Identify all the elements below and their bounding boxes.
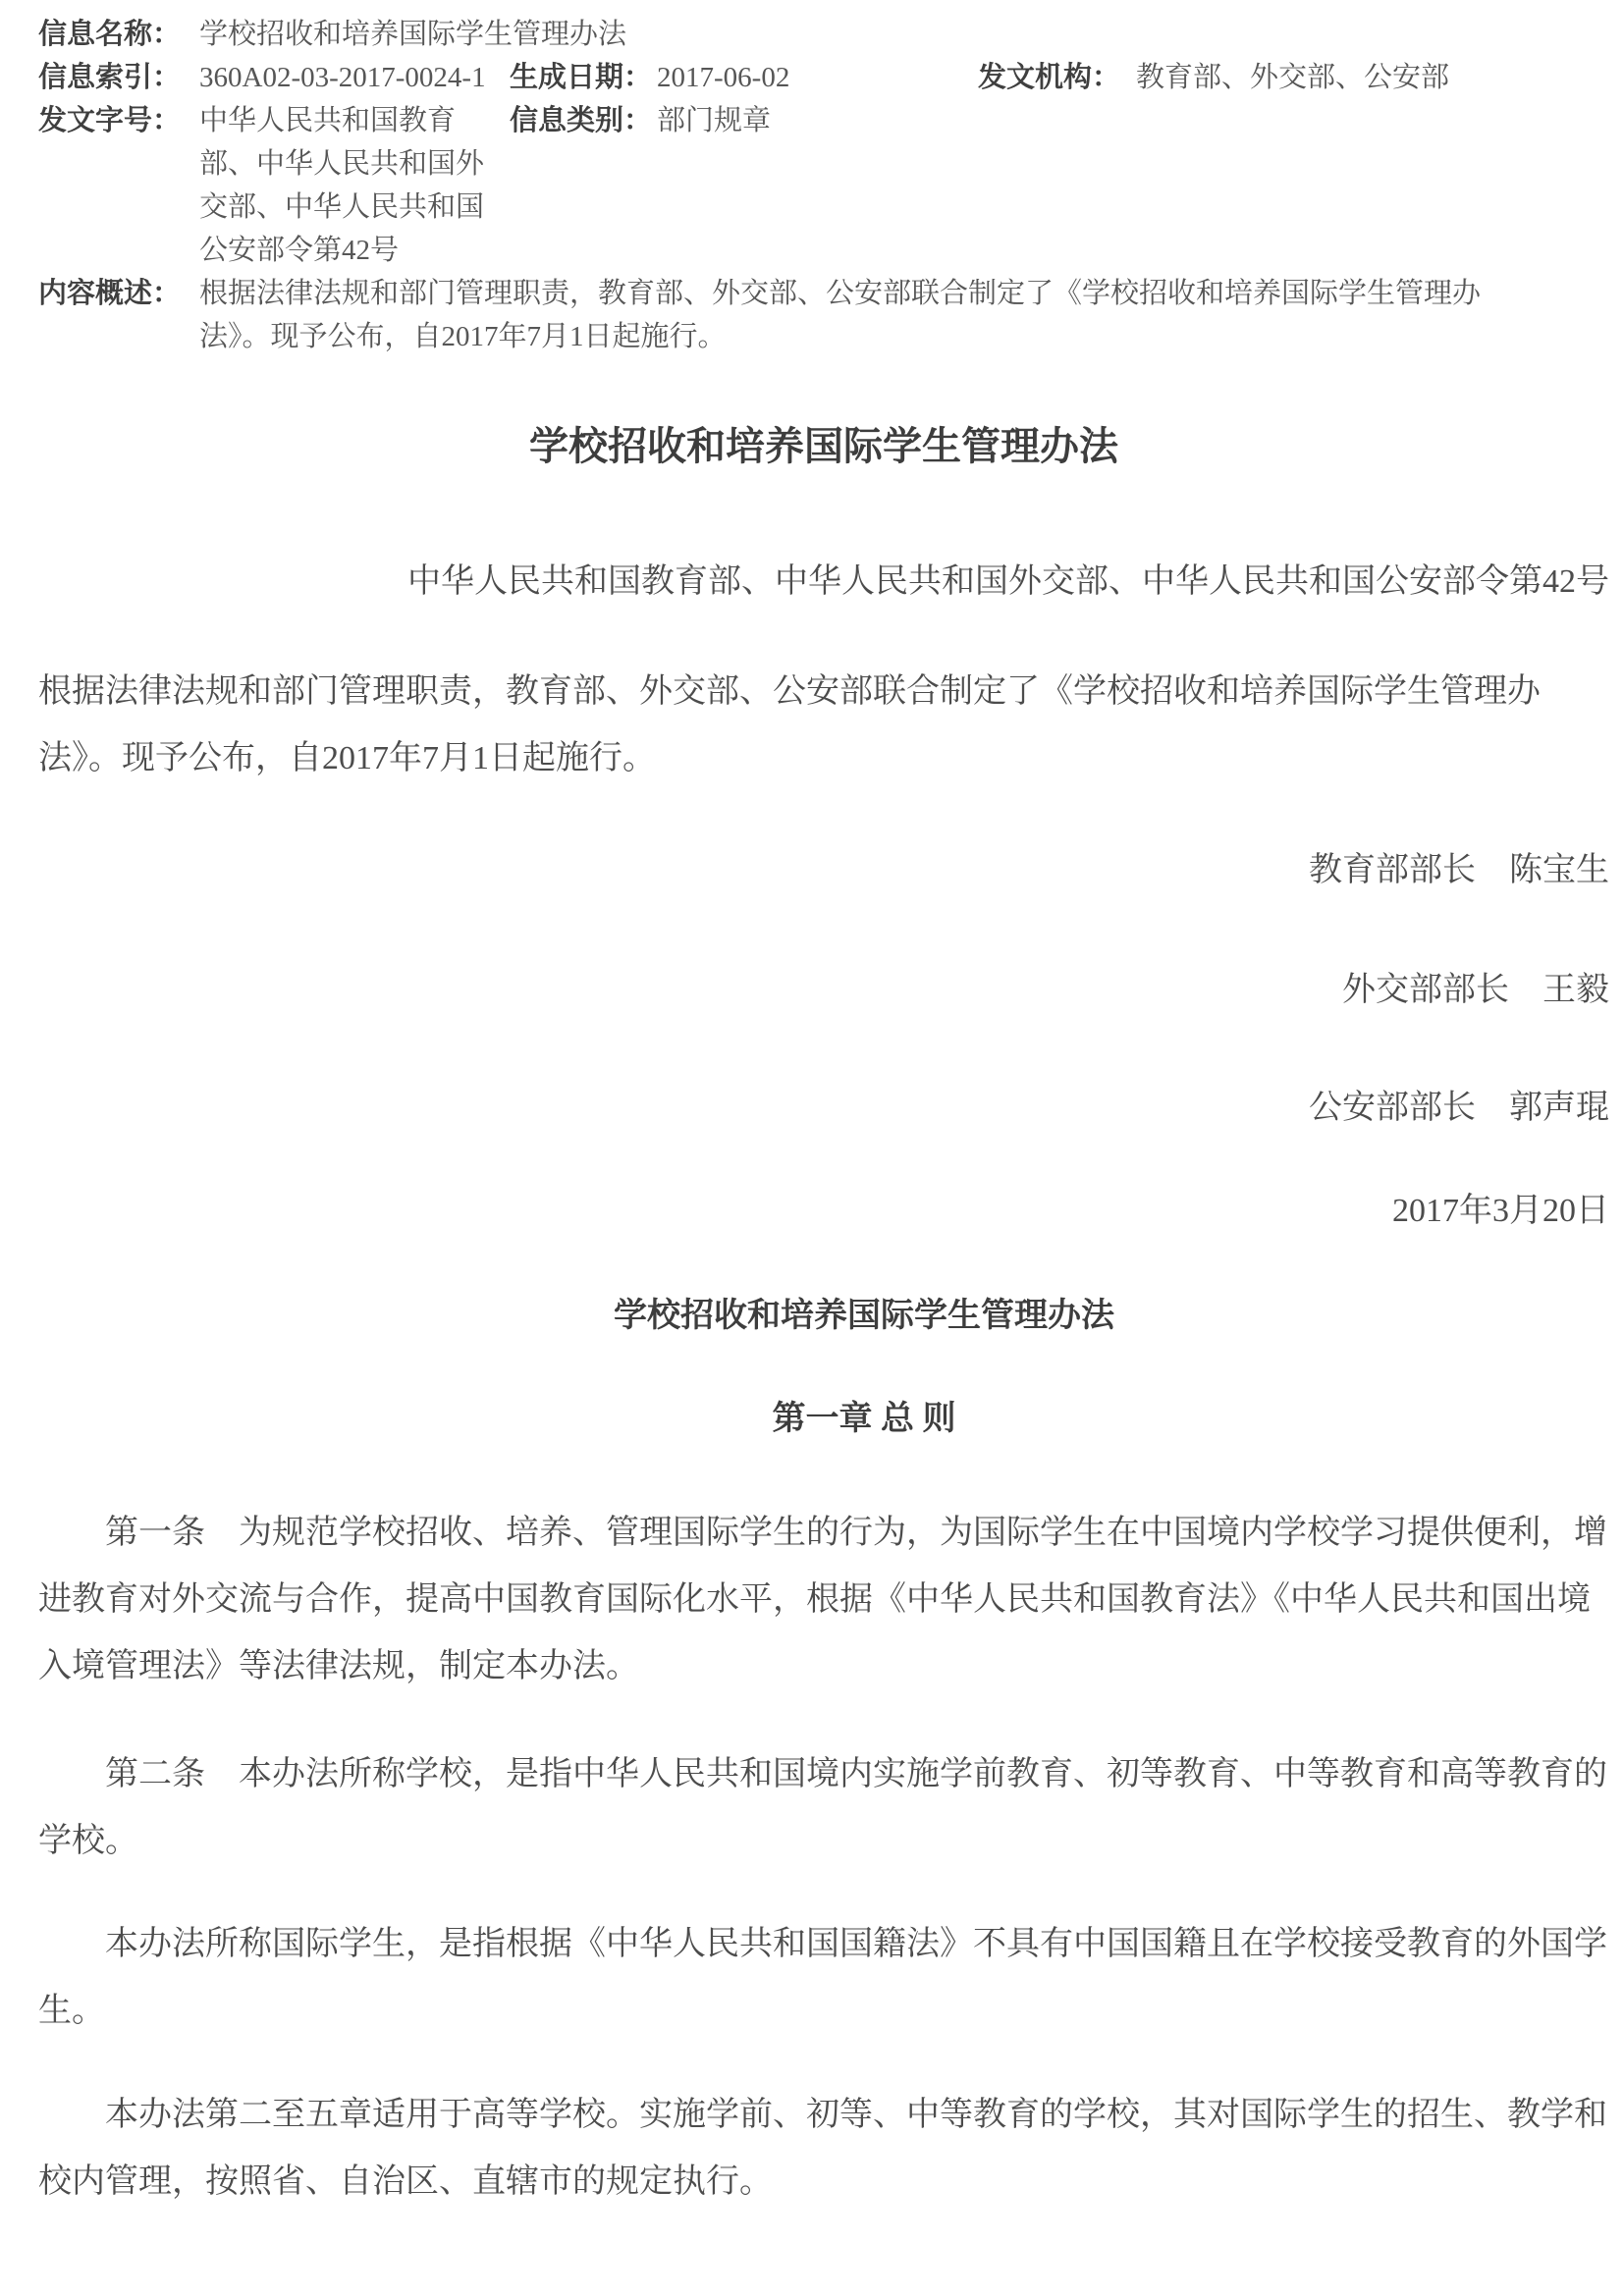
gen-date-label: 生成日期： (510, 56, 657, 99)
body-title: 学校招收和培养国际学生管理办法 (38, 1283, 1609, 1350)
article-2-paragraph-3: 本办法第二至五章适用于高等学校。实施学前、初等、中等教育的学校，其对国际学生的招… (38, 2082, 1609, 2216)
issuing-agency-value: 教育部、外交部、公安部 (1136, 56, 1609, 99)
document-title: 学校招收和培养国际学生管理办法 (38, 419, 1609, 474)
summary-label: 内容概述： (38, 272, 199, 315)
gen-date-value: 2017-06-02 (657, 56, 978, 99)
signature-date: 2017年3月20日 (38, 1178, 1609, 1245)
metadata-table: 信息名称： 学校招收和培养国际学生管理办法 信息索引： 360A02-03-20… (38, 13, 1609, 358)
info-index-value: 360A02-03-2017-0024-1 (199, 56, 510, 99)
chapter-1-heading: 第一章 总 则 (38, 1386, 1609, 1453)
preamble-paragraph: 根据法律法规和部门管理职责，教育部、外交部、公安部联合制定了《学校招收和培养国际… (38, 659, 1609, 792)
doc-number-label: 发文字号： (38, 99, 199, 142)
doc-number-value: 中华人民共和国教育部、中华人民共和国外交部、中华人民共和国公安部令第42号 (199, 99, 494, 272)
signature-foreign-minister: 外交部部长 王毅 (38, 957, 1609, 1024)
signature-public-security-minister: 公安部部长 郭声琨 (38, 1075, 1609, 1142)
article-2-paragraph-2: 本办法所称国际学生，是指根据《中华人民共和国国籍法》不具有中国国籍且在学校接受教… (38, 1911, 1609, 2045)
info-index-label: 信息索引： (38, 56, 199, 99)
article-2-paragraph: 第二条 本办法所称学校，是指中华人民共和国境内实施学前教育、初等教育、中等教育和… (38, 1741, 1609, 1875)
signature-education-minister: 教育部部长 陈宝生 (38, 837, 1609, 904)
decree-number-line: 中华人民共和国教育部、中华人民共和国外交部、中华人民共和国公安部令第42号 (38, 549, 1609, 615)
article-1-paragraph: 第一条 为规范学校招收、培养、管理国际学生的行为，为国际学生在中国境内学校学习提… (38, 1500, 1609, 1700)
info-name-value: 学校招收和培养国际学生管理办法 (199, 13, 1609, 56)
info-type-label: 信息类别： (510, 99, 657, 142)
issuing-agency-label: 发文机构： (978, 56, 1136, 99)
document-page: 信息名称： 学校招收和培养国际学生管理办法 信息索引： 360A02-03-20… (0, 0, 1623, 2216)
info-type-value: 部门规章 (657, 99, 1609, 142)
summary-value: 根据法律法规和部门管理职责，教育部、外交部、公安部联合制定了《学校招收和培养国际… (199, 272, 1495, 358)
info-name-label: 信息名称： (38, 13, 199, 56)
